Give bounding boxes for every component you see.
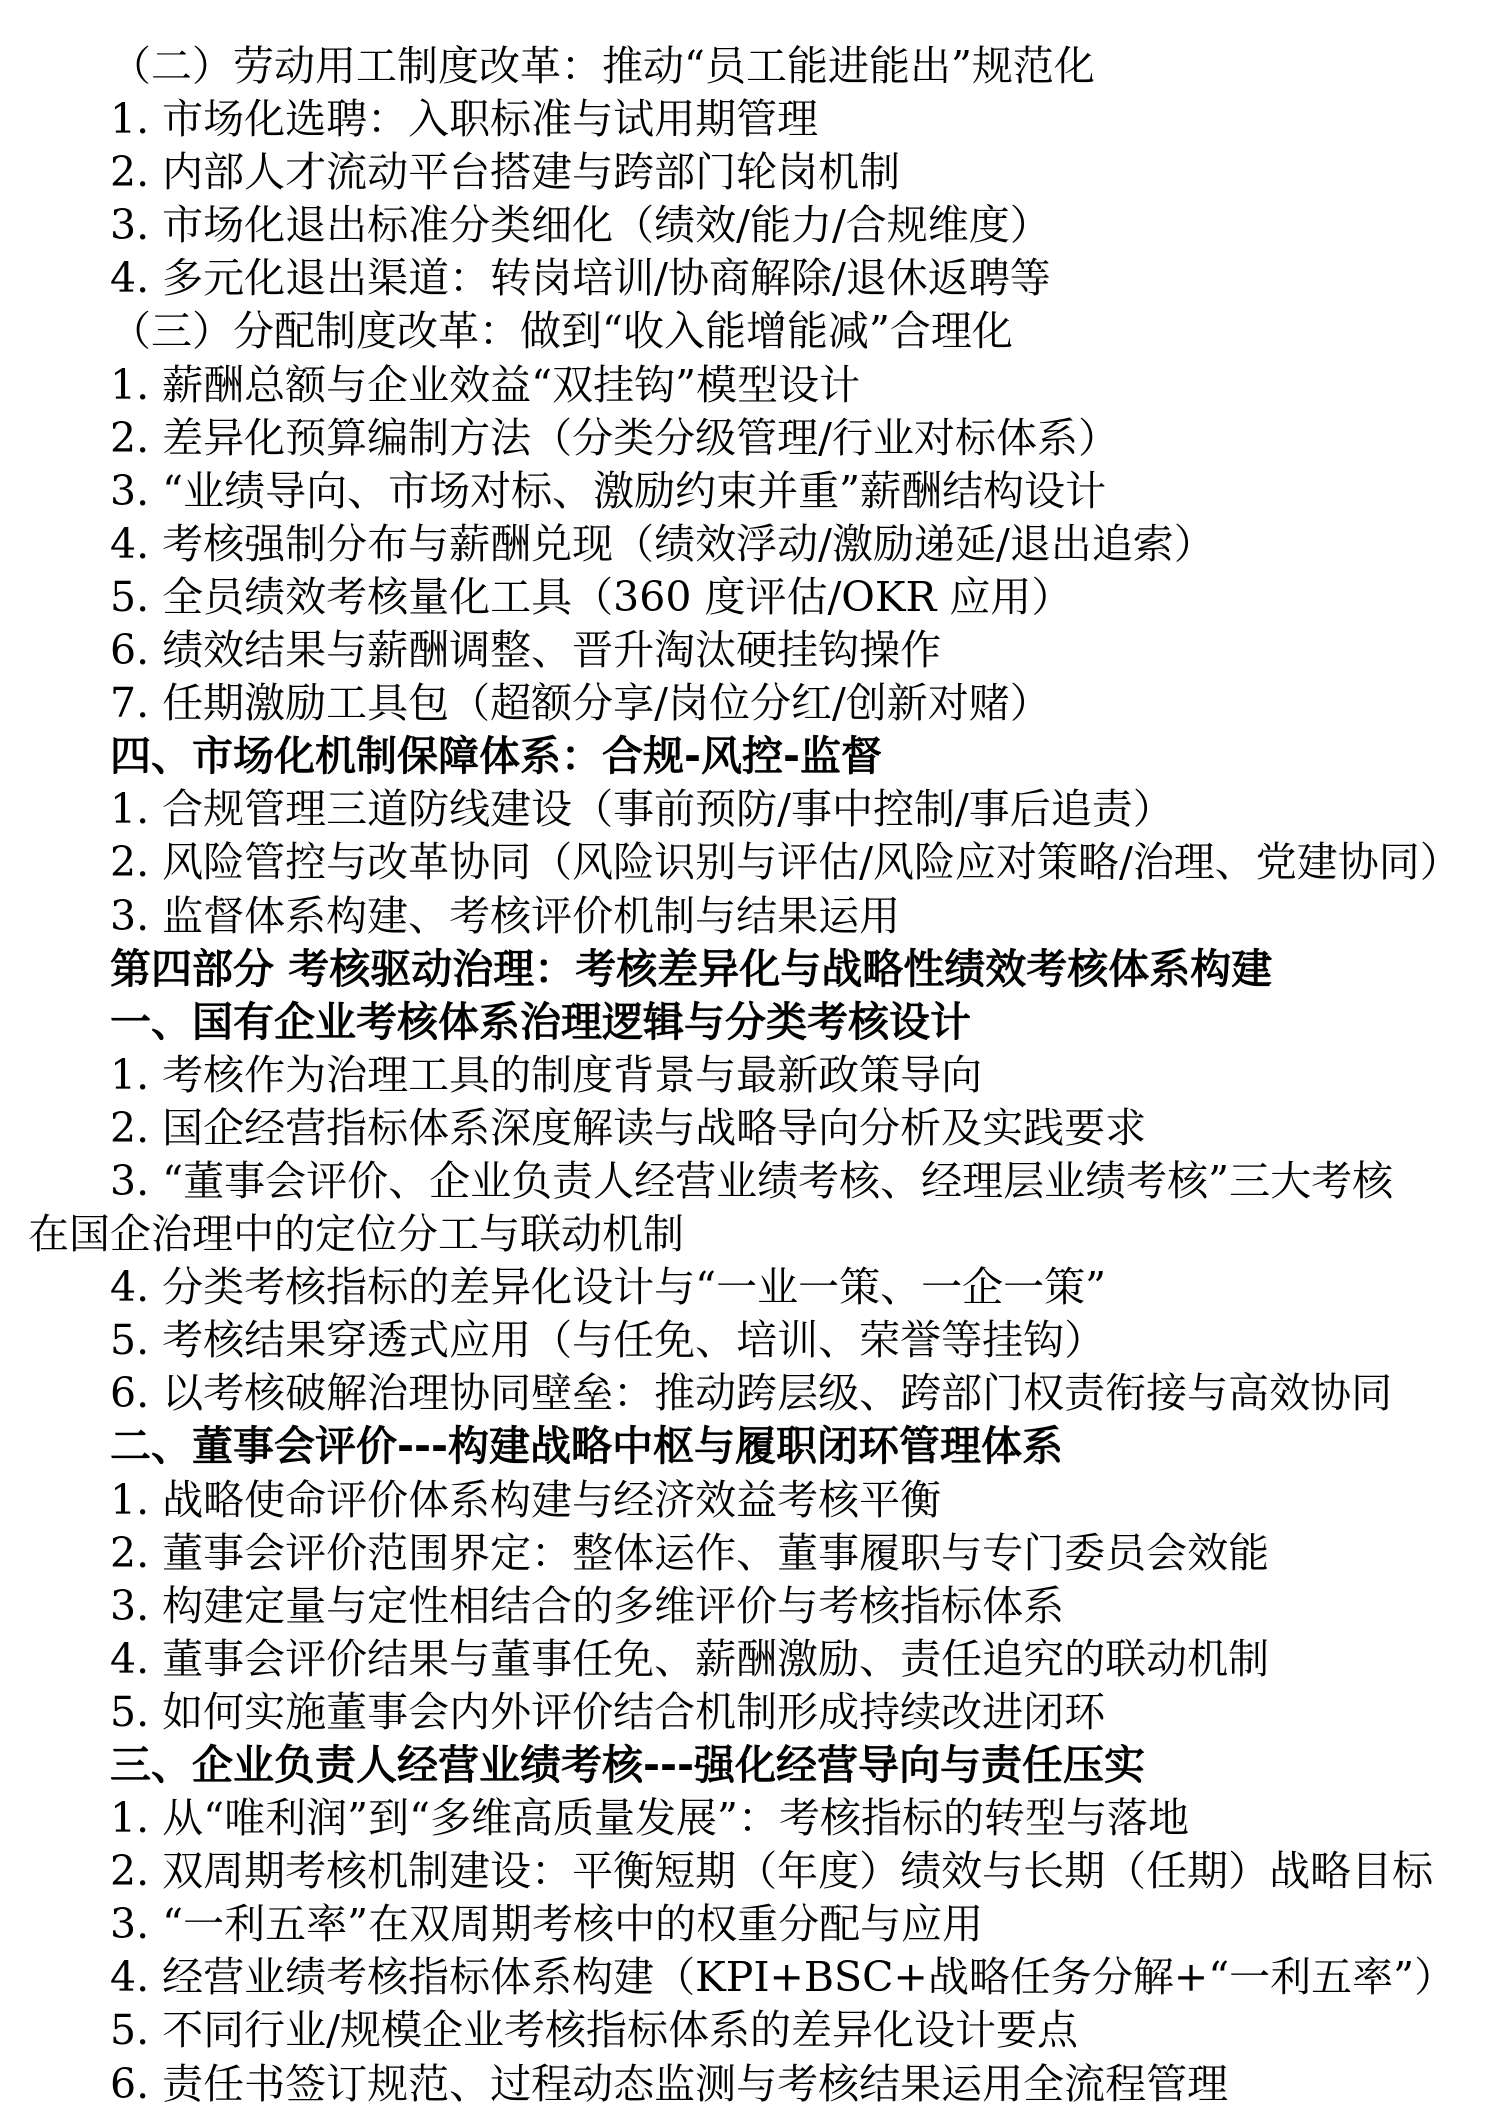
document-line: （三）分配制度改革：做到“收入能增能减”合理化 [28,305,1470,358]
document-line: 3. “业绩导向、市场对标、激励约束并重”薪酬结构设计 [28,465,1470,518]
document-line: 6. 责任书签订规范、过程动态监测与考核结果运用全流程管理 [28,2058,1470,2111]
document-line: 2. 差异化预算编制方法（分类分级管理/行业对标体系） [28,412,1470,465]
document-line: 1. 考核作为治理工具的制度背景与最新政策导向 [28,1049,1470,1102]
document-line: 5. 考核结果穿透式应用（与任免、培训、荣誉等挂钩） [28,1314,1470,1367]
document-line: （二）劳动用工制度改革：推动“员工能进能出”规范化 [28,40,1470,93]
document-line: 3. 构建定量与定性相结合的多维评价与考核指标体系 [28,1580,1470,1633]
document-line: 4. 多元化退出渠道：转岗培训/协商解除/退休返聘等 [28,252,1470,305]
document-line: 5. 全员绩效考核量化工具（360 度评估/OKR 应用） [28,571,1470,624]
section-heading: 二、董事会评价---构建战略中枢与履职闭环管理体系 [28,1420,1470,1473]
document-line: 5. 不同行业/规模企业考核指标体系的差异化设计要点 [28,2004,1470,2057]
document-line: 3. 市场化退出标准分类细化（绩效/能力/合规维度） [28,199,1470,252]
document-line: 4. 经营业绩考核指标体系构建（KPI+BSC+战略任务分解+“一利五率”） [28,1951,1470,2004]
document-line: 2. 内部人才流动平台搭建与跨部门轮岗机制 [28,146,1470,199]
document-line: 2. 风险管控与改革协同（风险识别与评估/风险应对策略/治理、党建协同） [28,836,1470,889]
section-heading: 三、企业负责人经营业绩考核---强化经营导向与责任压实 [28,1739,1470,1792]
document-line: 在国企治理中的定位分工与联动机制 [28,1208,1470,1261]
document-line: 4. 考核强制分布与薪酬兑现（绩效浮动/激励递延/退出追索） [28,518,1470,571]
document-line: 1. 市场化选聘：入职标准与试用期管理 [28,93,1470,146]
document-line: 1. 战略使命评价体系构建与经济效益考核平衡 [28,1474,1470,1527]
document-line: 2. 国企经营指标体系深度解读与战略导向分析及实践要求 [28,1102,1470,1155]
document-line: 1. 合规管理三道防线建设（事前预防/事中控制/事后追责） [28,783,1470,836]
section-heading: 四、市场化机制保障体系：合规-风控-监督 [28,730,1470,783]
document-line: 6. 以考核破解治理协同壁垒：推动跨层级、跨部门权责衔接与高效协同 [28,1367,1470,1420]
document-line: 3. “一利五率”在双周期考核中的权重分配与应用 [28,1898,1470,1951]
document-line: 3. “董事会评价、企业负责人经营业绩考核、经理层业绩考核”三大考核 [28,1155,1470,1208]
document-line: 7. 任期激励工具包（超额分享/岗位分红/创新对赌） [28,677,1470,730]
section-heading: 一、国有企业考核体系治理逻辑与分类考核设计 [28,996,1470,1049]
document-line: 1. 薪酬总额与企业效益“双挂钩”模型设计 [28,359,1470,412]
document-page: （二）劳动用工制度改革：推动“员工能进能出”规范化1. 市场化选聘：入职标准与试… [0,0,1488,2111]
document-body: （二）劳动用工制度改革：推动“员工能进能出”规范化1. 市场化选聘：入职标准与试… [28,40,1470,2111]
document-line: 2. 董事会评价范围界定：整体运作、董事履职与专门委员会效能 [28,1527,1470,1580]
document-line: 1. 从“唯利润”到“多维高质量发展”：考核指标的转型与落地 [28,1792,1470,1845]
document-line: 2. 双周期考核机制建设：平衡短期（年度）绩效与长期（任期）战略目标 [28,1845,1470,1898]
document-line: 4. 分类考核指标的差异化设计与“一业一策、一企一策” [28,1261,1470,1314]
document-line: 6. 绩效结果与薪酬调整、晋升淘汰硬挂钩操作 [28,624,1470,677]
document-line: 3. 监督体系构建、考核评价机制与结果运用 [28,890,1470,943]
document-line: 5. 如何实施董事会内外评价结合机制形成持续改进闭环 [28,1686,1470,1739]
document-line: 4. 董事会评价结果与董事任免、薪酬激励、责任追究的联动机制 [28,1633,1470,1686]
section-heading: 第四部分 考核驱动治理：考核差异化与战略性绩效考核体系构建 [28,943,1470,996]
